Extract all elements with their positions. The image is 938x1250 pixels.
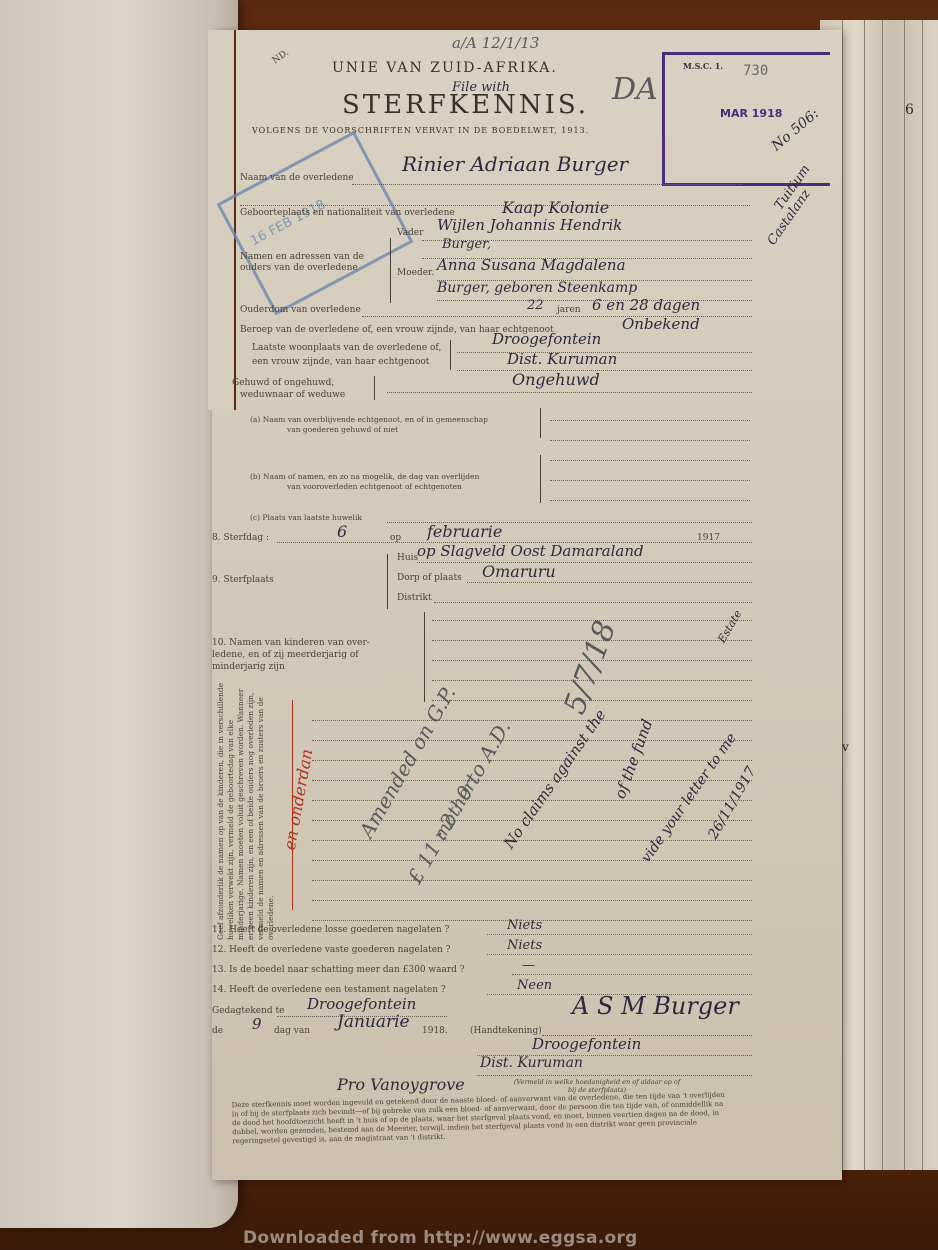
signed-at-label: Gedagtekend te: [212, 1006, 285, 1016]
signature-label: (Handtekening): [470, 1026, 542, 1036]
dotted-line: [512, 974, 752, 975]
dotted-line: [467, 582, 752, 583]
signed-month: Januarie: [337, 1012, 410, 1032]
pencil-annotation-3: mother: [429, 777, 480, 845]
dotted-line: [487, 934, 752, 935]
residence-value-1: Droogefontein: [492, 330, 601, 348]
marital-label-1: Gehuwd of ongehuwd,: [232, 378, 334, 388]
death-place-label: 9. Sterfplaats: [212, 575, 274, 585]
death-month: februarie: [427, 522, 502, 541]
stack-mark: 6: [905, 102, 914, 118]
dotted-line: [312, 780, 752, 781]
question-11-label: 11. Heeft de overledene losse goederen n…: [212, 925, 449, 935]
signed-day: 9: [252, 1015, 262, 1033]
signer-district: Dist. Kuruman: [480, 1055, 583, 1071]
spouse-a-label-2: van goederen gehuwd of niet: [287, 425, 398, 434]
question-14-label: 14. Heeft de overledene een testament na…: [212, 985, 446, 995]
age-label: Ouderdom van overledene: [240, 305, 361, 315]
question-11-value: Niets: [507, 918, 542, 933]
residence-label-2: een vrouw zijnde, van haar echtgenoot: [252, 357, 429, 367]
dotted-line: [434, 602, 752, 603]
dotted-line: [240, 205, 750, 206]
residence-brace: [450, 340, 451, 370]
death-day-label: 8. Sterfdag :: [212, 533, 269, 543]
marital-label-2: weduwnaar of weduwe: [240, 390, 345, 400]
page-edge-line: [864, 20, 865, 1170]
father-value-1: Wijlen Johannis Hendrik: [437, 216, 622, 234]
signer-capacity: Pro Vanoygrove: [337, 1075, 465, 1094]
parents-label: Namen en adressen van de ouders van de o…: [240, 252, 390, 274]
village-value: Omaruru: [482, 562, 556, 581]
name-value: Rinier Adriaan Burger: [402, 152, 628, 176]
father-value-2: Burger,: [442, 237, 491, 252]
children-brace: [424, 612, 425, 702]
mother-label: Moeder.: [397, 268, 434, 278]
pencil-annotation-4: 5/7/18: [557, 616, 623, 719]
ink-annotation-1: No claims against the: [500, 706, 610, 852]
mother-value-2: Burger, geboren Steenkamp: [437, 280, 637, 296]
spouse-b-brace: [540, 455, 541, 503]
ink-annotation-3: of the fund: [611, 717, 656, 801]
signed-day-label: dag van: [274, 1026, 310, 1036]
dotted-line: [312, 840, 752, 841]
dotted-line: [312, 900, 752, 901]
dotted-line: [457, 370, 752, 371]
question-12-label: 12. Heeft de overledene vaste goederen n…: [212, 945, 451, 955]
mother-value-1: Anna Susana Magdalena: [437, 256, 626, 274]
dotted-line: [550, 500, 750, 501]
corner-fragment: ND.: [271, 48, 291, 66]
age-years-label: jaren: [557, 305, 581, 315]
document-title: STERFKENNIS.: [342, 90, 589, 120]
question-12-value: Niets: [507, 938, 542, 953]
death-year: 1917: [697, 533, 720, 543]
dotted-line: [477, 1075, 752, 1076]
children-label-1: 10. Namen van kinderen van over-: [212, 638, 370, 648]
question-13-value: —: [522, 958, 535, 973]
age-months-days: 6 en 28 dagen: [592, 296, 700, 314]
village-label: Dorp of plaats: [397, 573, 462, 583]
death-day: 6: [337, 522, 347, 541]
death-place-brace: [387, 554, 388, 609]
dotted-line: [312, 880, 752, 881]
spouse-c-label: (c) Plaats van laatste huwelik: [250, 513, 362, 522]
dotted-line: [550, 480, 750, 481]
dotted-line: [312, 720, 752, 721]
death-notice-document: ND. a/A 12/1/13 UNIE VAN ZUID-AFRIKA. Fi…: [212, 30, 842, 1180]
signed-at-value: Droogefontein: [307, 995, 416, 1013]
name-label: Naam van de overledene: [240, 173, 354, 183]
question-13-label: 13. Is de boedel naar schatting meer dan…: [212, 965, 465, 975]
stack-mark: v: [842, 740, 849, 754]
house-value: op Slagveld Oost Damaraland: [417, 542, 644, 560]
page-edge-line: [922, 20, 923, 1170]
marital-brace: [374, 376, 375, 400]
received-date: MAR 1918: [720, 107, 782, 120]
watermark: Downloaded from http://www.eggsa.org: [243, 1228, 638, 1248]
residence-value-2: Dist. Kuruman: [507, 350, 617, 368]
page-edge-line: [842, 20, 843, 1170]
dotted-line: [312, 740, 752, 741]
page-edge-line: [904, 20, 905, 1170]
document-subtitle: VOLGENS DE VOORSCHRIFTEN VERVAT IN DE BO…: [252, 126, 589, 135]
question-14-value: Neen: [517, 978, 552, 993]
pencil-initials: DA: [612, 72, 658, 107]
signed-year: 1918.: [422, 1026, 448, 1036]
father-label: Vader: [397, 228, 423, 238]
signer-place: Droogefontein: [532, 1035, 641, 1053]
district-label: Distrikt: [397, 593, 432, 603]
death-op-label: op: [390, 533, 401, 543]
dotted-line: [417, 562, 752, 563]
page-edge-line: [882, 20, 883, 1170]
footer-instructions: Deze sterfkennis moet worden ingevuld en…: [232, 1091, 733, 1146]
msc-number: 730: [743, 63, 768, 79]
dotted-line: [352, 184, 742, 185]
marital-value: Ongehuwd: [512, 370, 600, 389]
age-years: 22: [527, 298, 544, 313]
dotted-line: [387, 392, 752, 393]
children-label-2: ledene, en of zij meerderjarig of: [212, 650, 359, 660]
dotted-line: [487, 954, 752, 955]
birthplace-value: Kaap Kolonie: [502, 198, 609, 217]
dotted-line: [550, 440, 750, 441]
spouse-b-label-1: (b) Naam of namen, en zo na mogelik, de …: [250, 472, 479, 481]
blue-date-stamp: 16 FEB 1918: [217, 131, 414, 315]
msc-label: M.S.C. 1.: [683, 61, 723, 71]
pencil-reference: a/A 12/1/13: [452, 34, 539, 52]
birthplace-label: Geboorteplaats en nationaliteit van over…: [240, 208, 455, 218]
signed-day-prefix: de: [212, 1026, 223, 1036]
parents-brace: [390, 238, 391, 303]
residence-label-1: Laatste woonplaats van de overledene of,: [252, 343, 441, 353]
dotted-line: [312, 760, 752, 761]
children-label-3: minderjarig zijn: [212, 662, 285, 672]
blank-left-page: [0, 0, 238, 1228]
spouse-a-brace: [540, 408, 541, 438]
dotted-line: [550, 460, 750, 461]
house-label: Huis: [397, 553, 418, 563]
vertical-instruction: Geef afzonderlik de namen op van de kind…: [216, 680, 296, 940]
dotted-line: [550, 420, 750, 421]
signature-value: A S M Burger: [572, 992, 739, 1020]
spouse-a-label-1: (a) Naam van overblijvende echtgenoot, e…: [250, 415, 488, 424]
occupation-value: Onbekend: [622, 315, 700, 333]
dotted-line: [312, 860, 752, 861]
spouse-b-label-2: van vooroverleden echtgenoot of echtgeno…: [287, 482, 462, 491]
country-heading: UNIE VAN ZUID-AFRIKA.: [332, 60, 558, 76]
